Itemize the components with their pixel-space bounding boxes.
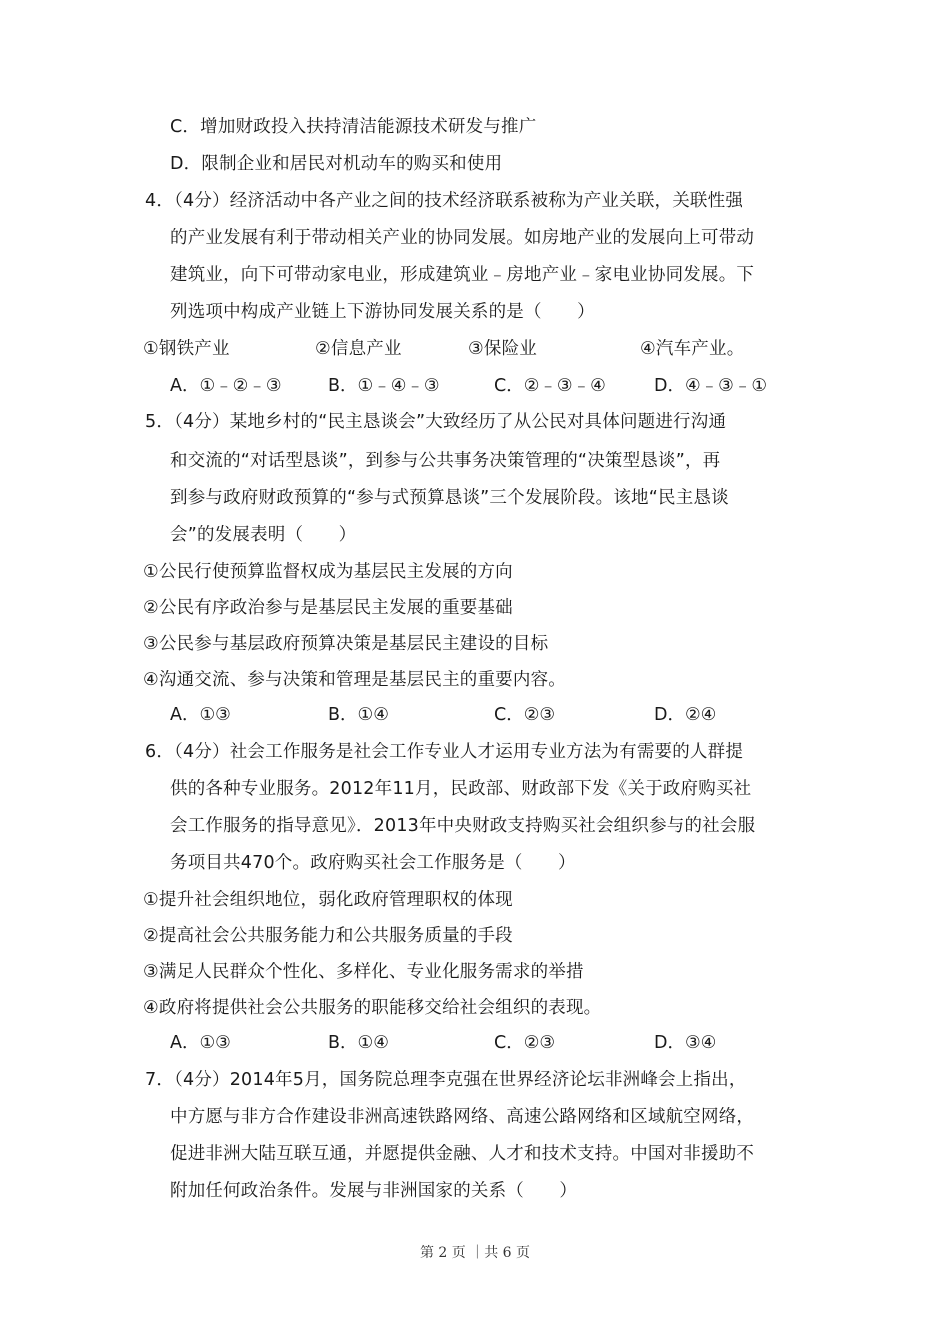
q7-stem-line-4: 附加任何政治条件。发展与非洲国家的关系（ ）: [170, 1179, 577, 1203]
q5-item-3: ③公民参与基层政府预算决策是基层民主建设的目标: [143, 632, 548, 656]
q5-item-4: ④沟通交流、参与决策和管理是基层民主的重要内容。: [143, 668, 566, 692]
q6-option-b: B．①④: [328, 1031, 389, 1055]
q4-stem-line-2: 的产业发展有利于带动相关产业的协同发展。如房地产业的发展向上可带动: [170, 226, 754, 250]
q6-stem-line-4: 务项目共470个。政府购买社会工作服务是（ ）: [170, 851, 576, 875]
q6-item-3: ③满足人民群众个性化、多样化、专业化服务需求的举措: [143, 960, 584, 984]
q5-option-b: B．①④: [328, 703, 389, 727]
q6-item-4: ④政府将提供社会公共服务的职能移交给社会组织的表现。: [143, 996, 601, 1020]
q5-stem-line-4: 会”的发展表明（ ）: [170, 523, 356, 547]
q3-option-d: D．限制企业和居民对机动车的购买和使用: [170, 152, 502, 176]
q5-item-2: ②公民有序政治参与是基层民主发展的重要基础: [143, 596, 513, 620]
q5-item-1: ①公民行使预算监督权成为基层民主发展的方向: [143, 560, 513, 584]
q7-stem-line-3: 促进非洲大陆互联互通，并愿提供金融、人才和技术支持。中国对非援助不: [170, 1142, 754, 1166]
q5-stem-line-3: 到参与政府财政预算的“参与式预算恳谈”三个发展阶段。该地“民主恳谈: [170, 486, 729, 510]
q6-item-1: ①提升社会组织地位，弱化政府管理职权的体现: [143, 888, 513, 912]
q7-stem-line-1: 7．（4分）2014年5月，国务院总理李克强在世界经济论坛非洲峰会上指出，: [145, 1068, 747, 1092]
q4-option-c: C．②﹣③﹣④: [494, 374, 606, 398]
q6-stem-line-2: 供的各种专业服务。2012年11月，民政部、财政部下发《关于政府购买社: [170, 777, 751, 801]
q6-item-2: ②提高社会公共服务能力和公共服务质量的手段: [143, 924, 513, 948]
q6-option-c: C．②③: [494, 1031, 555, 1055]
q5-option-c: C．②③: [494, 703, 555, 727]
q5-option-d: D．②④: [654, 703, 716, 727]
q5-stem-line-1: 5．（4分）某地乡村的“民主恳谈会”大致经历了从公民对具体问题进行沟通: [145, 410, 726, 434]
q3-option-c: C．增加财政投入扶持清洁能源技术研发与推广: [170, 115, 536, 139]
q6-stem-line-3: 会工作服务的指导意见》．2013年中央财政支持购买社会组织参与的社会服: [170, 814, 755, 838]
q6-option-a: A．①③: [170, 1031, 231, 1055]
q4-option-a: A．①﹣②﹣③: [170, 374, 282, 398]
q5-option-a: A．①③: [170, 703, 231, 727]
q4-option-d: D．④﹣③﹣①: [654, 374, 767, 398]
q4-item-4: ④汽车产业。: [640, 337, 744, 361]
q4-stem-line-4: 列选项中构成产业链上下游协同发展关系的是（ ）: [170, 300, 595, 324]
q4-item-1: ①钢铁产业: [143, 337, 230, 361]
q4-item-2: ②信息产业: [315, 337, 402, 361]
q4-stem-line-1: 4．（4分）经济活动中各产业之间的技术经济联系被称为产业关联，关联性强: [145, 189, 743, 213]
q7-stem-line-2: 中方愿与非方合作建设非洲高速铁路网络、高速公路网络和区域航空网络，: [170, 1105, 754, 1129]
page-footer: 第 2 页 ｜共 6 页: [0, 1242, 950, 1262]
q4-stem-line-3: 建筑业，向下可带动家电业，形成建筑业﹣房地产业﹣家电业协同发展。下: [170, 263, 754, 287]
q4-item-3: ③保险业: [468, 337, 537, 361]
q6-option-d: D．③④: [654, 1031, 716, 1055]
q6-stem-line-1: 6．（4分）社会工作服务是社会工作专业人才运用专业方法为有需要的人群提: [145, 740, 743, 764]
q5-stem-line-2: 和交流的“对话型恳谈”，到参与公共事务决策管理的“决策型恳谈”，再: [170, 449, 720, 473]
q4-option-b: B．①﹣④﹣③: [328, 374, 440, 398]
